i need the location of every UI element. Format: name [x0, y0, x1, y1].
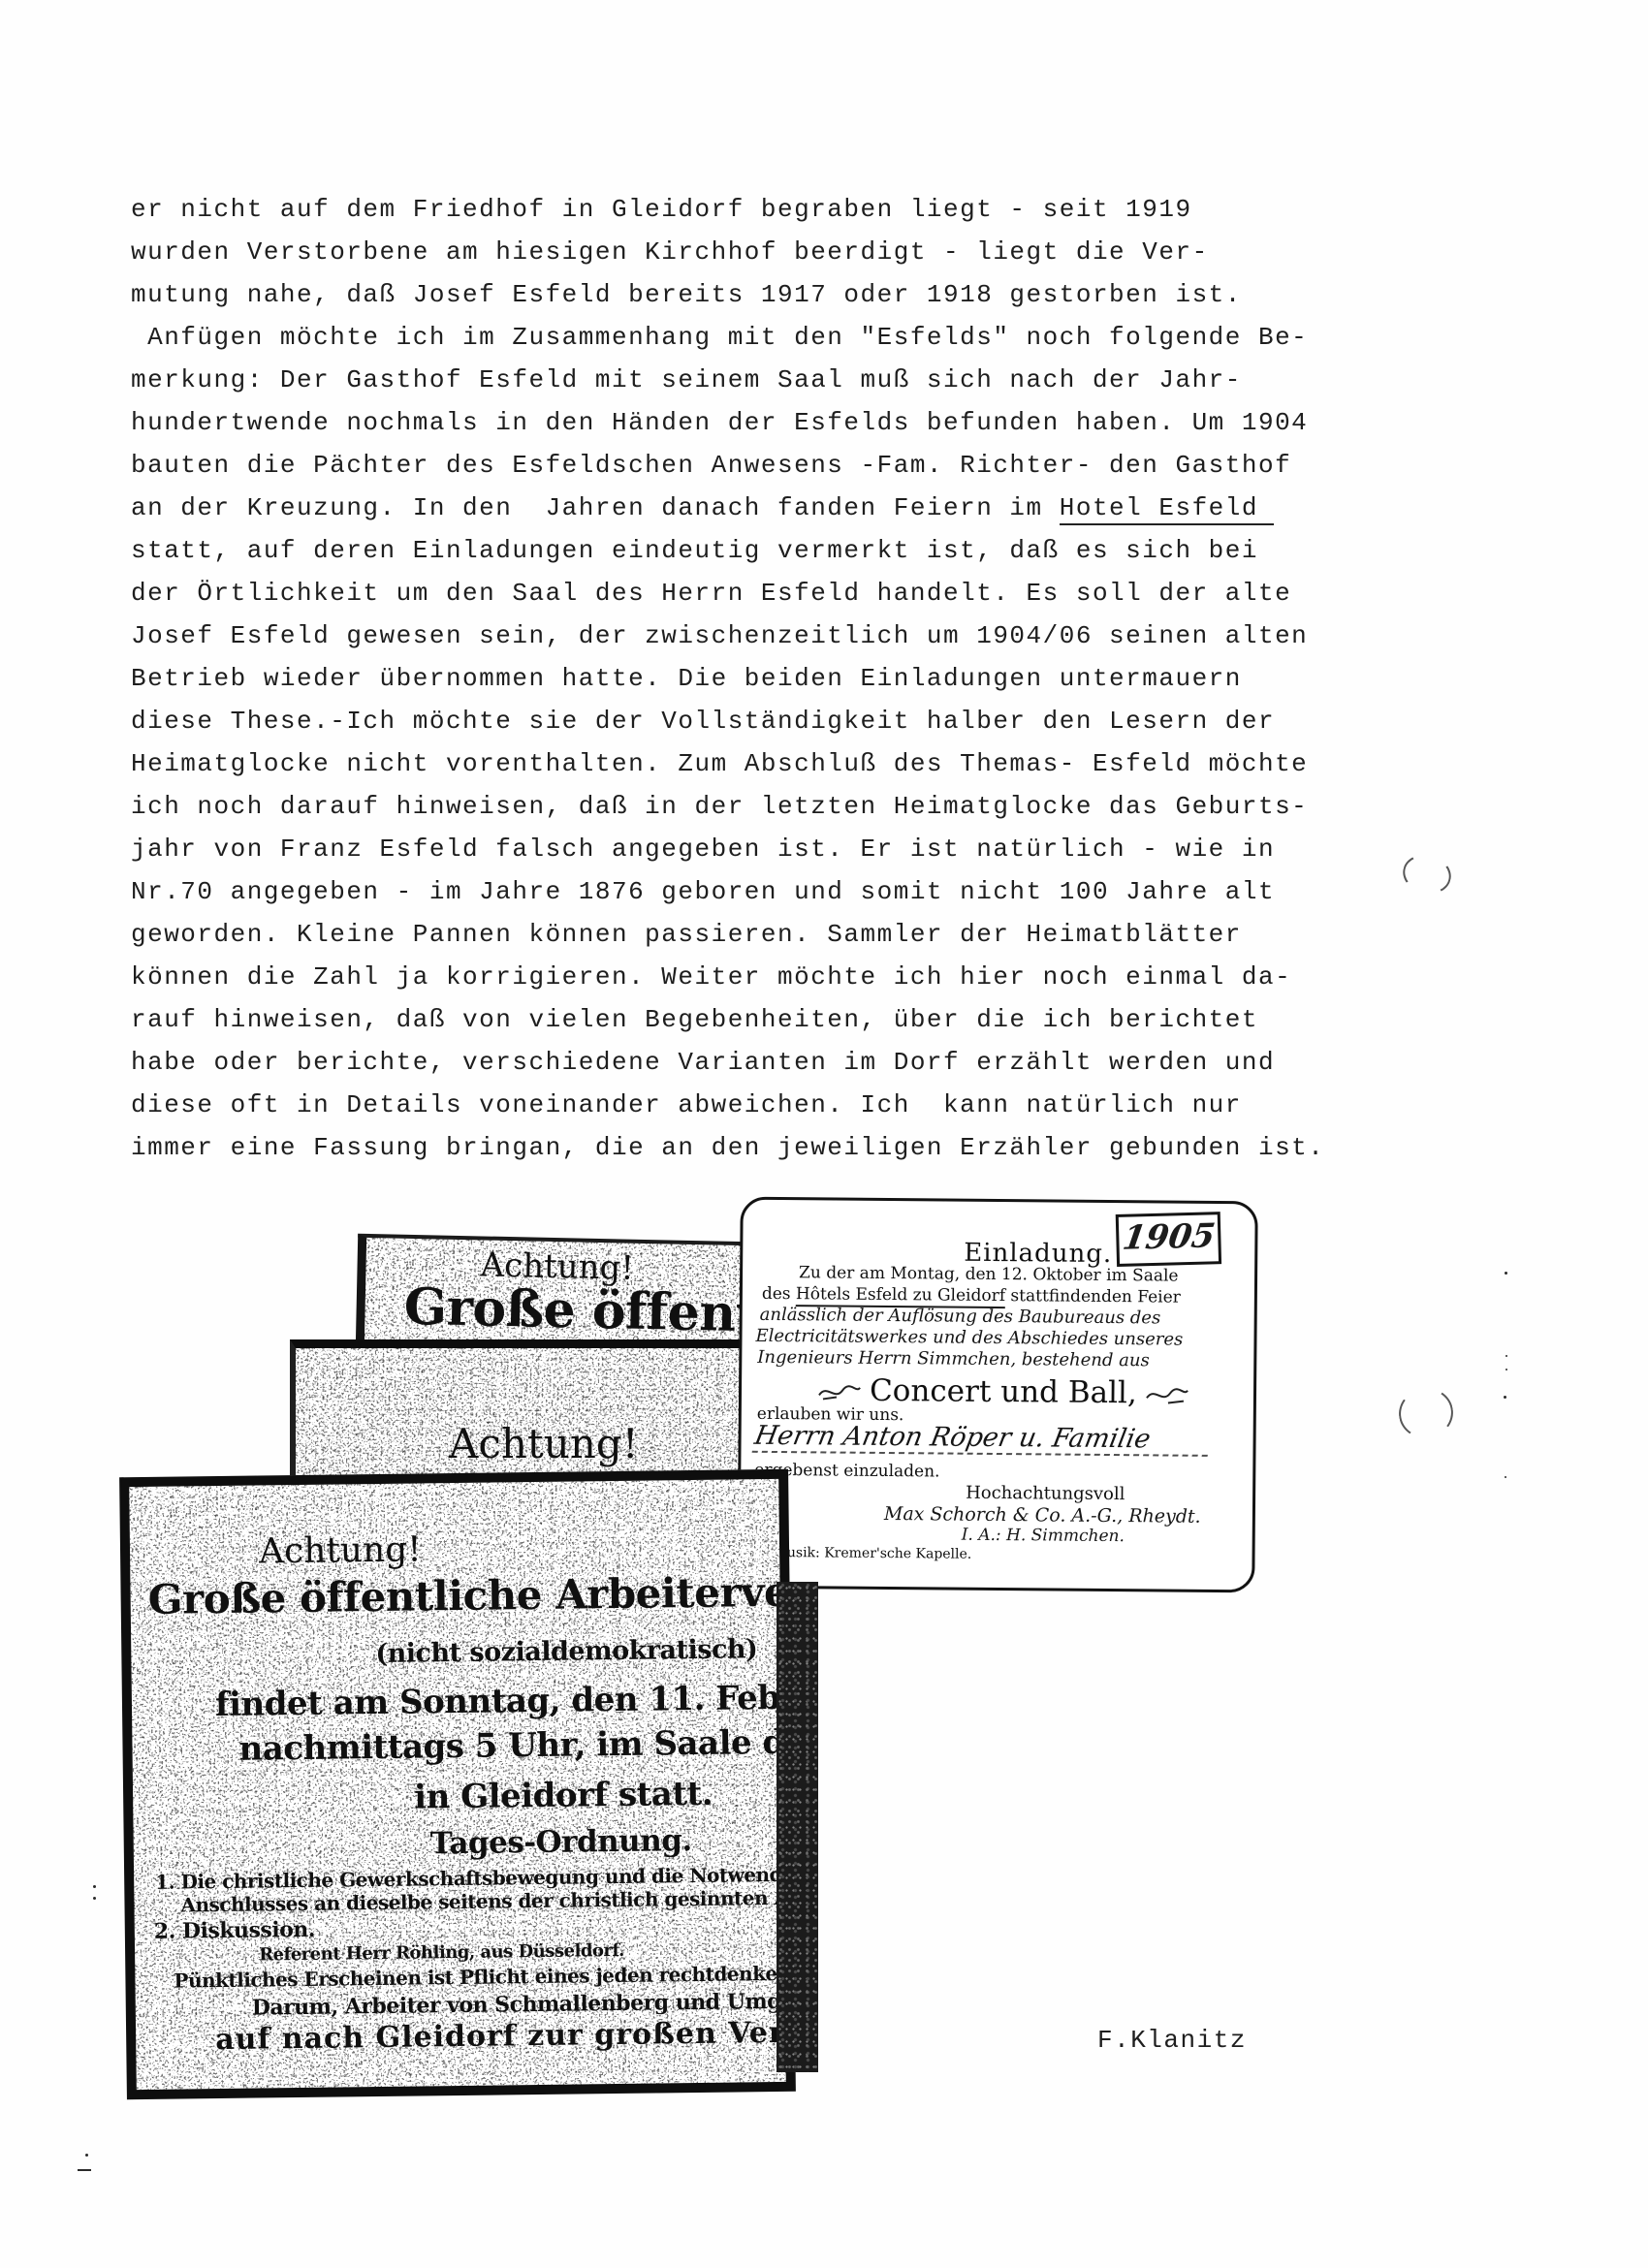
flourish-icon	[817, 1381, 862, 1402]
handwritten-year: 1905	[1120, 1214, 1218, 1260]
invitation-company: Max Schorch & Co. A.-G., Rheydt.	[884, 1503, 1201, 1528]
typed-line: jahr von Franz Esfeld falsch angegeben i…	[131, 828, 1324, 870]
typed-line: diese These.-Ich möchte sie der Vollstän…	[131, 700, 1324, 742]
invitation-music-note: Musik: Kremer'sche Kapelle.	[773, 1545, 971, 1562]
invitation-body-line: Ingenieurs Herrn Simmchen, bestehend aus	[757, 1347, 1150, 1372]
typed-line: geworden. Kleine Pannen können passieren…	[131, 913, 1324, 956]
workers-meeting-poster: Achtung! Große öffentliche Arbeiterversa…	[119, 1469, 796, 2099]
typed-line: er nicht auf dem Friedhof in Gleidorf be…	[131, 188, 1324, 231]
flourish-icon	[1145, 1384, 1189, 1405]
typed-line: immer eine Fassung bringan, die an den j…	[131, 1126, 1324, 1169]
typed-line: habe oder berichte, verschiedene Variant…	[131, 1041, 1324, 1084]
ink-speck	[1505, 1355, 1507, 1357]
typed-line: ich noch darauf hinweisen, daß in der le…	[131, 785, 1324, 828]
fragment-top-headline: Große öffentliche	[403, 1277, 751, 1347]
punch-hole-mark	[1399, 850, 1455, 899]
flyer-fragment-top: Achtung! Große öffentliche	[356, 1234, 751, 1354]
ink-speck	[93, 1897, 96, 1900]
scan-noise-texture	[296, 1348, 747, 1490]
poster-subtitle: (nicht sozialdemokratisch)	[375, 1634, 757, 1669]
ink-dash	[78, 2169, 91, 2171]
typed-line: Nr.70 angegeben - im Jahre 1876 geboren …	[131, 870, 1324, 913]
typed-line: rauf hinweisen, daß von vielen Begebenhe…	[131, 998, 1324, 1041]
typed-line: mutung nahe, daß Josef Esfeld bereits 19…	[131, 273, 1324, 316]
body-line2-post: stattfindenden Feier	[1005, 1286, 1181, 1307]
typed-line: bauten die Pächter des Esfeldschen Anwes…	[131, 444, 1324, 487]
dark-scan-edge-strip	[776, 1582, 818, 2072]
hotel-esfeld-underlined: Hotel Esfeld	[1060, 493, 1274, 525]
invitation-closing: Hochachtungsvoll	[966, 1483, 1125, 1504]
author-signature: F.Klanitz	[1097, 2026, 1247, 2055]
typed-line: Betrieb wieder übernommen hatte. Die bei…	[131, 657, 1324, 700]
typed-line: merkung: Der Gasthof Esfeld mit seinem S…	[131, 359, 1324, 401]
invitation-card: 1905 Einladung. Zu der am Montag, den 12…	[737, 1197, 1258, 1593]
ink-speck	[1505, 1476, 1506, 1478]
poster-referent-line: Referent Herr Röhling, aus Düsseldorf.	[259, 1940, 624, 1966]
handwritten-guest-name: Herrn Anton Röper u. Familie	[752, 1421, 1214, 1457]
typed-line: diese oft in Details voneinander abweich…	[131, 1084, 1324, 1126]
typed-line: können die Zahl ja korrigieren. Weiter m…	[131, 956, 1324, 998]
typewritten-paragraph: er nicht auf dem Friedhof in Gleidorf be…	[131, 188, 1324, 1169]
poster-agenda-title: Tages-Ordnung.	[430, 1823, 692, 1861]
typed-line: hundertwende nochmals in den Händen der …	[131, 401, 1324, 444]
fragment-middle-attention: Achtung!	[449, 1420, 639, 1467]
poster-call-line2: auf nach Gleidorf zur großen Versammlung…	[215, 2014, 796, 2058]
body-line2-pre: des	[762, 1284, 796, 1304]
typed-line: statt, auf deren Einladungen eindeutig v…	[131, 529, 1324, 572]
typed-line: wurden Verstorbene am hiesigen Kirchhof …	[131, 231, 1324, 273]
poster-title: Große öffentliche Arbeiterversammlung	[147, 1565, 796, 1623]
ink-speck	[93, 1885, 96, 1888]
flyer-fragment-middle: Achtung!	[290, 1339, 747, 1490]
poster-agenda-item2: 2. Diskussion.	[154, 1917, 315, 1944]
ink-speck	[1505, 1272, 1507, 1275]
ink-speck	[1504, 1396, 1506, 1399]
ink-speck	[1505, 1369, 1507, 1370]
typed-line-pre: an der Kreuzung. In den Jahren danach fa…	[131, 493, 1060, 522]
scan-noise-texture	[296, 1348, 747, 1490]
poster-call-line1: Darum, Arbeiter von Schmallenberg und Um…	[252, 1988, 796, 2021]
poster-date-line: findet am Sonntag, den 11. Februar, 1906	[215, 1670, 796, 1725]
typed-line: Heimatglocke nicht vorenthalten. Zum Abs…	[131, 742, 1324, 785]
scanned-document-page: er nicht auf dem Friedhof in Gleidorf be…	[0, 0, 1648, 2268]
punch-hole-mark	[1395, 1384, 1457, 1443]
poster-place-line: in Gleidorf statt.	[414, 1775, 713, 1817]
typed-line-hotel-esfeld: an der Kreuzung. In den Jahren danach fa…	[131, 487, 1324, 529]
ink-speck	[85, 2154, 88, 2157]
handwritten-year-box: 1905	[1116, 1212, 1221, 1267]
poster-attention: Achtung!	[259, 1529, 422, 1571]
typed-line: der Örtlichkeit um den Saal des Herrn Es…	[131, 572, 1324, 614]
typed-line: Josef Esfeld gewesen sein, der zwischenz…	[131, 614, 1324, 657]
invitation-signer: I. A.: H. Simmchen.	[962, 1526, 1125, 1546]
poster-time-line: nachmittags 5 Uhr, im Saale des Herrn Es…	[238, 1719, 796, 1768]
typed-line: Anfügen möchte ich im Zusammenhang mit d…	[131, 316, 1324, 359]
poster-date-pre: findet am Sonntag, den 11. Februar,	[215, 1678, 796, 1724]
event-label: Concert und Ball,	[870, 1373, 1137, 1410]
